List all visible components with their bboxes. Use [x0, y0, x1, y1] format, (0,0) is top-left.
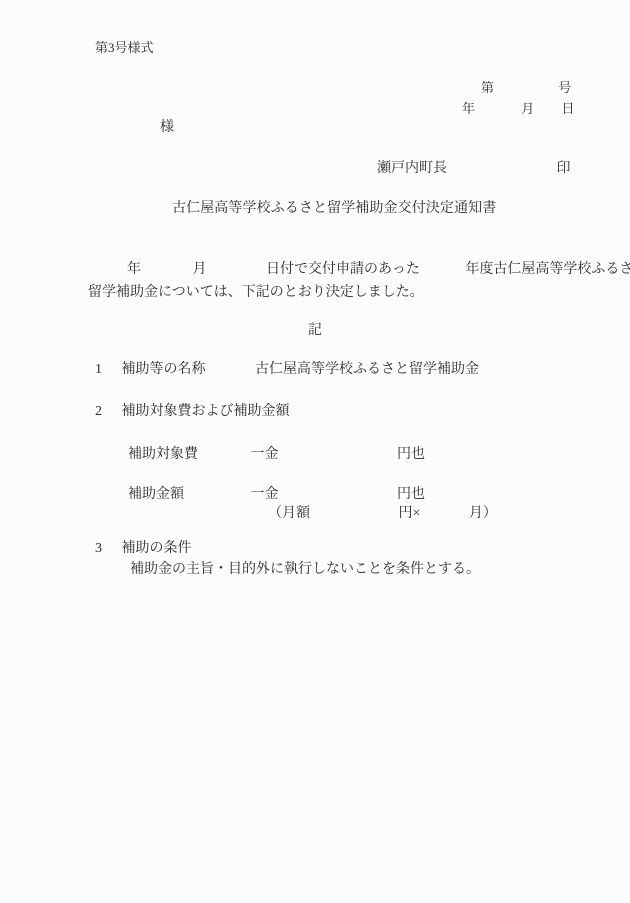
date-day-label: 日	[562, 101, 575, 118]
condition-text: 補助金の主旨・目的外に執行しないことを条件とする。	[130, 561, 480, 579]
body-year-blank-label: 年	[127, 261, 141, 279]
amount-subsidy-unit: 円也	[397, 486, 425, 504]
seal-mark: 印	[557, 160, 571, 178]
item-2-number: 2	[95, 403, 102, 421]
amount-subsidy-label: 補助金額	[128, 486, 184, 504]
sender-title: 瀬戸内町長	[377, 160, 447, 178]
doc-number-prefix: 第	[481, 80, 494, 97]
item-1-label: 補助等の名称	[122, 361, 206, 379]
item-2-label: 補助対象費および補助金額	[122, 403, 290, 421]
document-number-line: 第 号	[481, 80, 571, 97]
amount-subsidy-prefix: 一金	[251, 486, 279, 504]
body-paragraph-line1: 年 月 日付で交付申請のあった 年度古仁屋高等学校ふるさと	[88, 261, 630, 279]
monthly-amount-note: （月額 円× 月）	[268, 505, 497, 523]
sender-line: 瀬戸内町長 印	[377, 160, 571, 178]
item-1-row: 1 補助等の名称 古仁屋高等学校ふるさと留学補助金	[95, 361, 479, 379]
body-application-text: 日付で交付申請のあった	[266, 261, 420, 279]
date-year-label: 年	[462, 101, 475, 118]
item-2-row: 2 補助対象費および補助金額	[95, 403, 290, 421]
item-1-value: 古仁屋高等学校ふるさと留学補助金	[255, 361, 479, 379]
body-paragraph-line2: 留学補助金については、下記のとおり決定しました。	[88, 284, 424, 302]
amount-row-subsidy-amount: 補助金額 一金 円也	[128, 486, 425, 504]
item-1-number: 1	[95, 361, 102, 379]
monthly-close-label: 月）	[469, 505, 497, 523]
item-3-number: 3	[95, 540, 102, 558]
date-month-label: 月	[521, 101, 534, 118]
amount-target-label: 補助対象費	[128, 446, 198, 464]
body-subject-text: 年度古仁屋高等学校ふるさと	[465, 261, 630, 279]
item-3-row: 3 補助の条件	[95, 540, 192, 558]
form-number-label: 第3号様式	[95, 40, 154, 57]
amount-row-subsidy-target: 補助対象費 一金 円也	[128, 446, 425, 464]
amount-target-unit: 円也	[397, 446, 425, 464]
document-page: 第3号様式 第 号 年 月 日 様 瀬戸内町長 印 古仁屋高等学校ふるさと留学補…	[0, 0, 630, 903]
document-title: 古仁屋高等学校ふるさと留学補助金交付決定通知書	[172, 200, 496, 218]
monthly-open-label: （月額	[268, 505, 310, 523]
doc-number-suffix: 号	[558, 80, 571, 97]
addressee-honorific: 様	[160, 119, 174, 137]
monthly-unit-label: 円×	[399, 505, 421, 523]
item-3-label: 補助の条件	[122, 540, 192, 558]
amount-target-prefix: 一金	[251, 446, 279, 464]
record-marker: 記	[308, 322, 322, 340]
body-month-blank-label: 月	[193, 261, 207, 279]
date-line: 年 月 日	[462, 101, 575, 118]
